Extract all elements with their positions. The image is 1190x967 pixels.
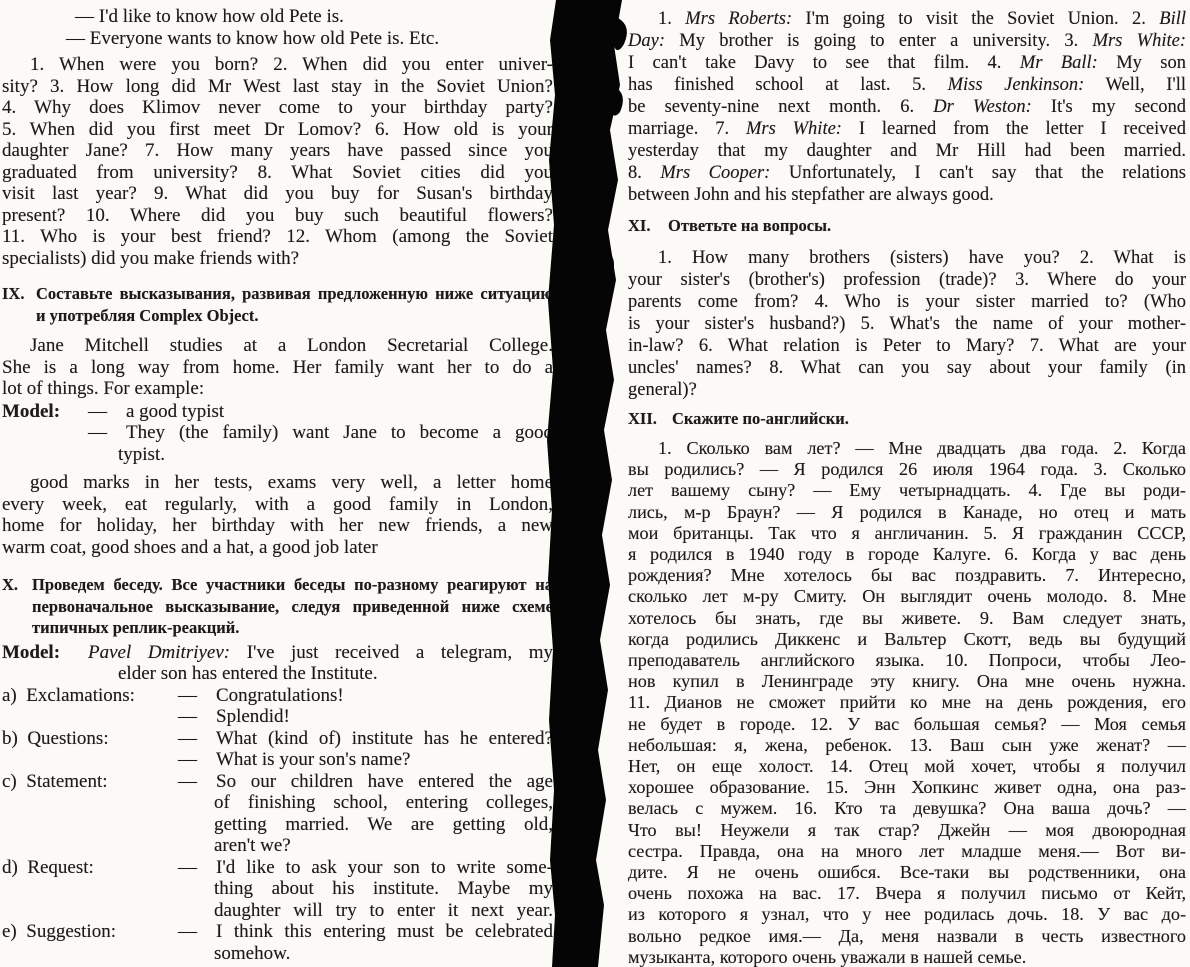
text-line: graduated from university? 8. What Sovie…: [2, 162, 553, 184]
text-line: aren't we?: [2, 835, 553, 857]
text-line: sity? 3. How long did Mr West last stay …: [2, 76, 553, 98]
text-line: 1. Mrs Roberts: I'm going to visit the S…: [628, 8, 1186, 30]
text-line: 1. Сколько вам лет? — Мне двадцать два г…: [628, 438, 1186, 459]
text-line: вы родились? — Я родился 26 июля 1964 го…: [628, 459, 1186, 480]
text-line: warm coat, good shoes and a hat, a good …: [2, 537, 553, 559]
line-label: a) Exclamations:: [2, 685, 135, 707]
text-line: рождения? Мне хотелось бы вас поздравить…: [628, 565, 1186, 586]
text-line: 11. Who is your best friend? 12. Whom (a…: [2, 226, 553, 248]
text-line: хотелось бы знать, где вы живете. 9. Вам…: [628, 608, 1186, 629]
text-line: дите. Я не очень ошибся. Все-таки вы род…: [628, 862, 1186, 883]
text-line: your sister's (brother's) profession (tr…: [628, 269, 1186, 291]
text-line: parents come from? 4. Who is your sister…: [628, 291, 1186, 313]
text-line: из которого я узнал, что у нее родилась …: [628, 904, 1186, 925]
text-line: e) Suggestion:— I think this entering mu…: [2, 921, 553, 943]
line-label: X.: [2, 574, 18, 596]
text-line: Что вы! Неужели я так стар? Джейн — моя …: [628, 820, 1186, 841]
text-line: типичных реплик-реакций.: [2, 617, 553, 639]
text-line: yesterday that my daughter and Mr Hill h…: [628, 140, 1186, 162]
text-line: every week, eat regularly, with a good f…: [2, 494, 553, 516]
text-line: когда родились Диккенс и Вальтер Скотт, …: [628, 629, 1186, 650]
text-line: Model:— a good typist: [2, 401, 553, 423]
gutter-shadow-shape: [547, 0, 622, 967]
text-line: in-law? 6. What relation is Peter to Mar…: [628, 335, 1186, 357]
left-page: — I'd like to know how old Pete is.— Eve…: [2, 0, 553, 964]
text-line: somehow.: [2, 943, 553, 965]
text-line: Day: My brother is going to enter a univ…: [628, 30, 1186, 52]
text-line: сколько лет м-ру Смиту. Он выглядит очен…: [628, 586, 1186, 607]
line-label: e) Suggestion:: [2, 921, 116, 943]
text-line: c) Statement:— So our children have ente…: [2, 771, 553, 793]
scanned-book-spread: — I'd like to know how old Pete is.— Eve…: [0, 0, 1190, 967]
text-line: IX.Составьте высказывания, развивая пред…: [2, 283, 553, 305]
text-line: visit last year? 9. What did you buy for…: [2, 183, 553, 205]
text-line: daughter Jane? 7. How many years have pa…: [2, 140, 553, 162]
text-line: I can't take Davy to see that film. 4. M…: [628, 52, 1186, 74]
text-line: преподаватель английского языка. 10. Поп…: [628, 650, 1186, 671]
line-label: Model:: [2, 401, 60, 423]
text-line: Нет, он еще холост. 14. Отец мой хочет, …: [628, 756, 1186, 777]
text-line: вольно редкое имя.— Да, меня назвали в ч…: [628, 926, 1186, 947]
text-line: uncles' names? 8. What can you say about…: [628, 357, 1186, 379]
text-line: thing about his institute. Maybe my: [2, 878, 553, 900]
text-line: general)?: [628, 379, 1186, 401]
text-line: Jane Mitchell studies at a London Secret…: [2, 335, 553, 357]
text-line: небольшая: я, жена, ребенок. 13. Ваш сын…: [628, 735, 1186, 756]
line-label: b) Questions:: [2, 728, 109, 750]
text-line: be seventy-nine next month. 6. Dr Weston…: [628, 96, 1186, 118]
text-line: — Everyone wants to know how old Pete is…: [2, 28, 553, 50]
text-line: typist.: [2, 444, 553, 466]
text-line: Model:Pavel Dmitriyev: I've just receive…: [2, 642, 553, 664]
text-line: 11. Дианов не сможет прийти ко мне на де…: [628, 692, 1186, 713]
text-line: музыканта, которого очень уважали в наше…: [628, 947, 1186, 967]
text-line: — What is your son's name?: [2, 749, 553, 771]
text-line: лет вашему сыну? — Ему четырнадцать. 4. …: [628, 480, 1186, 501]
line-label: d) Request:: [2, 857, 94, 879]
text-line: первоначальное высказывание, следуя прив…: [2, 596, 553, 618]
book-spine-gutter: [540, 0, 636, 967]
text-line: has finished school at last. 5. Miss Jen…: [628, 74, 1186, 96]
text-line: — Splendid!: [2, 706, 553, 728]
text-line: и употребляя Complex Object.: [2, 305, 553, 327]
text-line: of finishing school, entering colleges,: [2, 792, 553, 814]
text-line: 8. Mrs Cooper: Unfortunately, I can't sa…: [628, 162, 1186, 184]
text-line: нов купил в Ленинграде эту книгу. Она мн…: [628, 671, 1186, 692]
text-line: is your sister's husband?) 5. What's the…: [628, 313, 1186, 335]
text-line: She is a long way from home. Her family …: [2, 357, 553, 379]
text-line: b) Questions:— What (kind of) institute …: [2, 728, 553, 750]
text-line: home for holiday, her birthday with her …: [2, 515, 553, 537]
text-line: getting married. We are getting old,: [2, 814, 553, 836]
text-line: good marks in her tests, exams very well…: [2, 472, 553, 494]
text-line: between John and his stepfather are alwa…: [628, 184, 1186, 206]
text-line: specialists) did you make friends with?: [2, 248, 553, 270]
text-line: 5. When did you first meet Dr Lomov? 6. …: [2, 119, 553, 141]
text-line: 1. How many brothers (sisters) have you?…: [628, 247, 1186, 269]
text-line: present? 10. Where did you buy such beau…: [2, 205, 553, 227]
text-line: сестра. Правда, она на много лет младше …: [628, 841, 1186, 862]
text-line: X.Проведем беседу. Все участники беседы …: [2, 574, 553, 596]
text-line: a) Exclamations:— Congratulations!: [2, 685, 553, 707]
text-line: очень похожа на вас. 17. Вчера я получил…: [628, 883, 1186, 904]
line-label: Model:: [2, 642, 60, 664]
text-line: XI.Ответьте на вопросы.: [628, 215, 1186, 237]
text-line: elder son has entered the Institute.: [2, 663, 553, 685]
text-line: лись, м-р Браун? — Я родился в Канаде, н…: [628, 502, 1186, 523]
text-line: daughter will try to enter it next year.: [2, 900, 553, 922]
text-line: не будет в городе. 12. У вас большая сем…: [628, 714, 1186, 735]
text-line: велась с мужем. 16. Кто та девушка? Она …: [628, 798, 1186, 819]
text-line: — They (the family) want Jane to become …: [2, 422, 553, 444]
text-line: 1. When were you born? 2. When did you e…: [2, 54, 553, 76]
line-label: c) Statement:: [2, 771, 108, 793]
text-line: d) Request:— I'd like to ask your son to…: [2, 857, 553, 879]
text-line: 4. Why does Klimov never come to your bi…: [2, 97, 553, 119]
text-line: lot of things. For example:: [2, 378, 553, 400]
text-line: marriage. 7. Mrs White: I learned from t…: [628, 118, 1186, 140]
text-line: хорошее образование. 15. Энн Хопкинс жив…: [628, 777, 1186, 798]
text-line: мои британцы. Так что я англичанин. 5. Я…: [628, 523, 1186, 544]
text-line: — I'd like to know how old Pete is.: [2, 6, 553, 28]
text-line: я родился в 1940 году в городе Калуге. 6…: [628, 544, 1186, 565]
text-line: XII.Скажите по-английски.: [628, 408, 1186, 430]
line-label: IX.: [2, 283, 24, 305]
right-page: 1. Mrs Roberts: I'm going to visit the S…: [628, 0, 1186, 967]
